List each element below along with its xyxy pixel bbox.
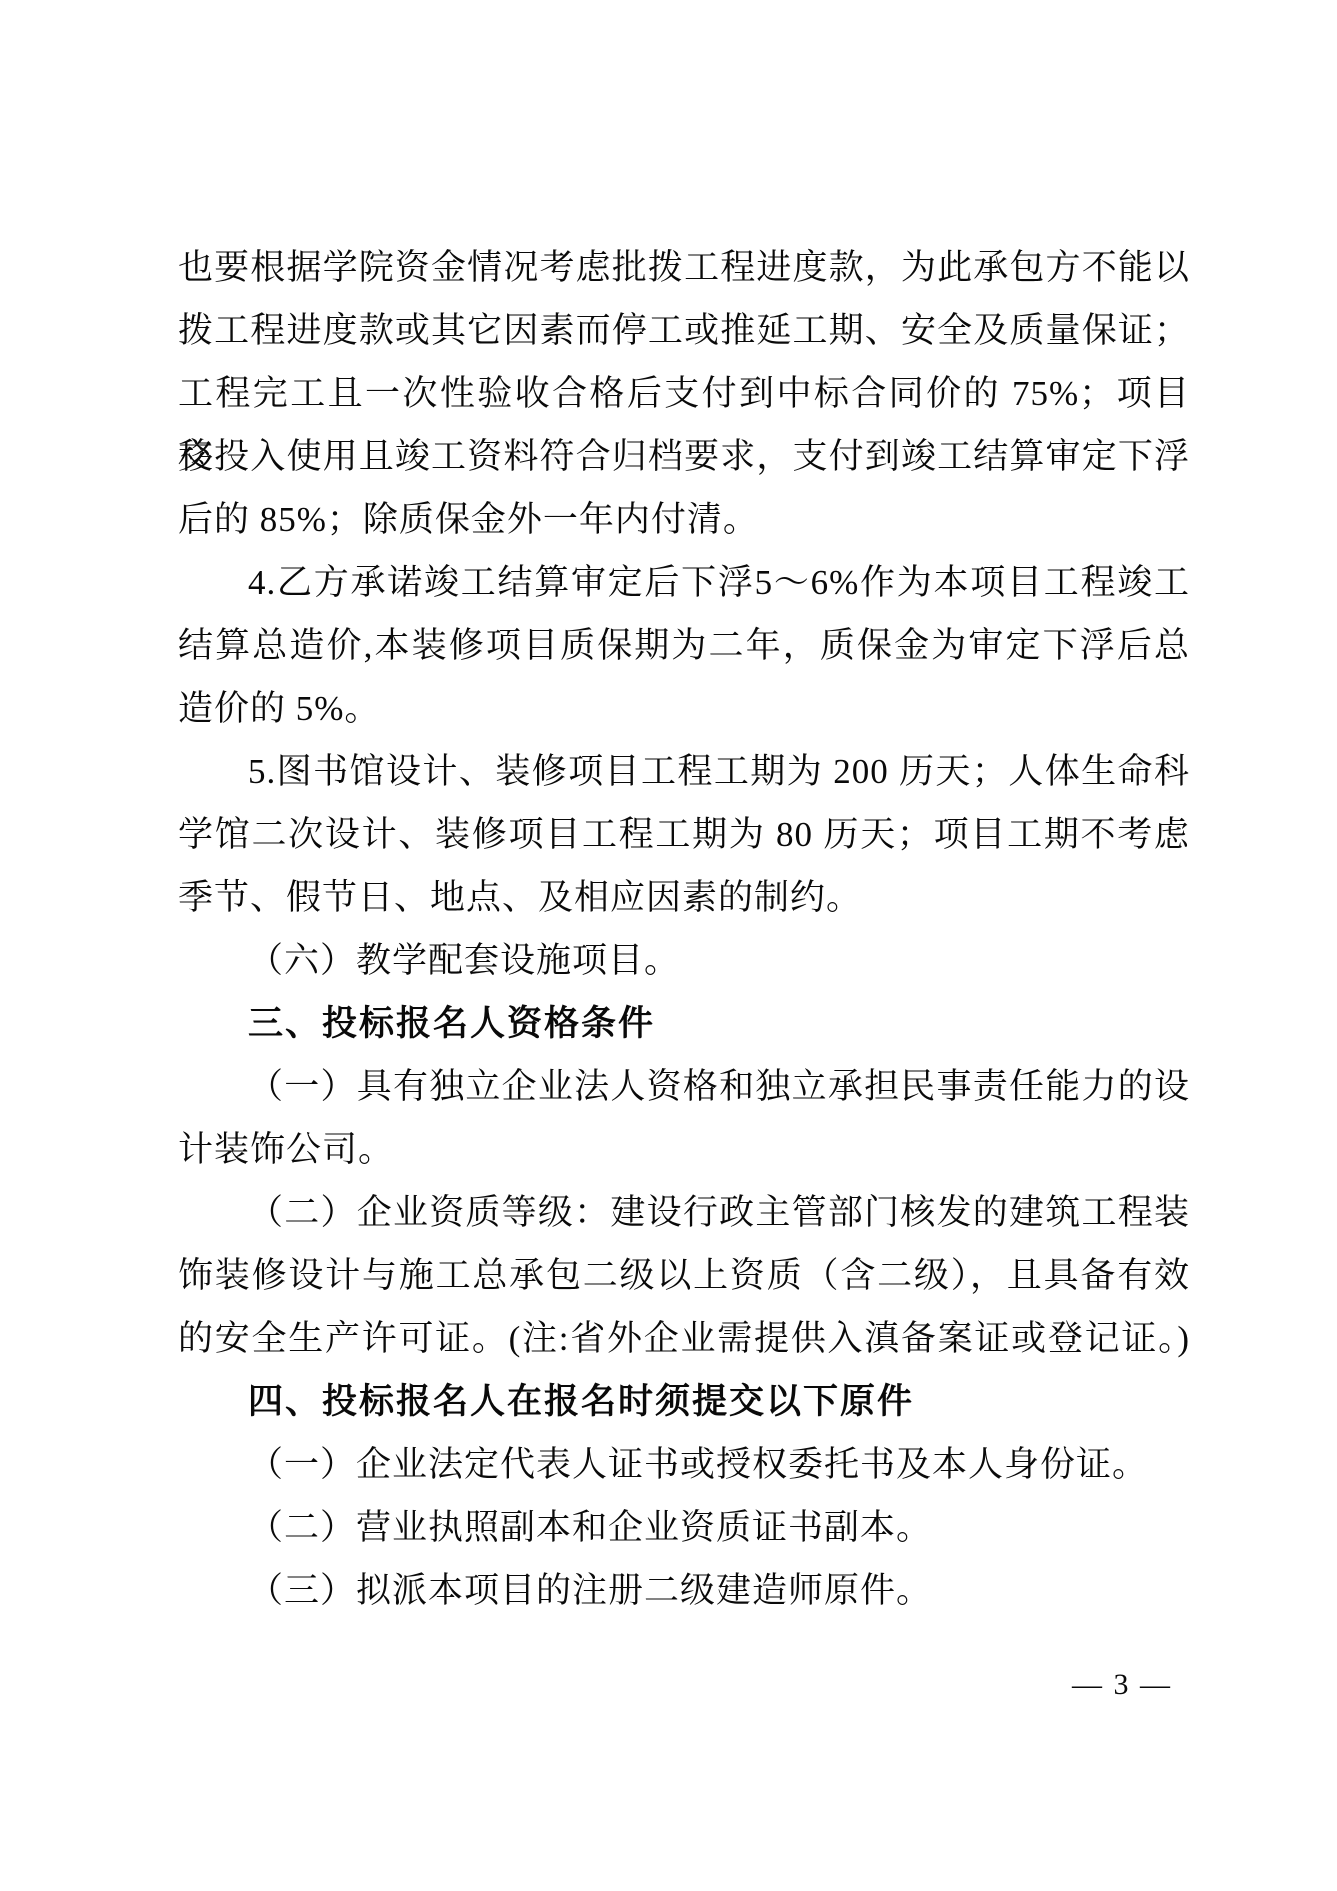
text-line-10: 学馆二次设计、装修项目工程工期为 80 历天；项目工期不考虑 <box>178 803 1190 866</box>
text-line-5: 后的 85%；除质保金外一年内付清。 <box>178 488 1190 551</box>
text-line-15: 计装饰公司。 <box>178 1118 1190 1181</box>
section-heading-4: 四、投标报名人在报名时须提交以下原件 <box>178 1370 1190 1433</box>
text-line-16: （二）企业资质等级：建设行政主管部门核发的建筑工程装 <box>178 1181 1190 1244</box>
text-line-21: （二）营业执照副本和企业资质证书副本。 <box>178 1496 1190 1559</box>
text-line-1: 也要根据学院资金情况考虑批拨工程进度款，为此承包方不能以 <box>178 236 1190 299</box>
page-body: 也要根据学院资金情况考虑批拨工程进度款，为此承包方不能以 拨工程进度款或其它因素… <box>178 236 1190 1622</box>
text-line-14: （一）具有独立企业法人资格和独立承担民事责任能力的设 <box>178 1055 1190 1118</box>
text-line-6: 4.乙方承诺竣工结算审定后下浮5～6%作为本项目工程竣工 <box>178 551 1190 614</box>
text-line-4: 交投入使用且竣工资料符合归档要求，支付到竣工结算审定下浮 <box>178 425 1190 488</box>
text-line-3: 工程完工且一次性验收合格后支付到中标合同价的 75%；项目移 <box>178 362 1190 425</box>
page-number: — 3 — <box>178 1668 1190 1702</box>
text-line-11: 季节、假节日、地点、及相应因素的制约。 <box>178 866 1190 929</box>
document-page: { "doc": { "lines": [ "也要根据学院资金情况考虑批拨工程进… <box>0 0 1337 1891</box>
section-heading-3: 三、投标报名人资格条件 <box>178 992 1190 1055</box>
text-line-18: 的安全生产许可证。(注:省外企业需提供入滇备案证或登记证。) <box>178 1307 1190 1370</box>
text-line-7: 结算总造价,本装修项目质保期为二年，质保金为审定下浮后总 <box>178 614 1190 677</box>
text-line-22: （三）拟派本项目的注册二级建造师原件。 <box>178 1559 1190 1622</box>
text-line-20: （一）企业法定代表人证书或授权委托书及本人身份证。 <box>178 1433 1190 1496</box>
text-line-17: 饰装修设计与施工总承包二级以上资质（含二级），且具备有效 <box>178 1244 1190 1307</box>
text-line-12: （六）教学配套设施项目。 <box>178 929 1190 992</box>
text-line-9: 5.图书馆设计、装修项目工程工期为 200 历天；人体生命科 <box>178 740 1190 803</box>
text-line-8: 造价的 5%。 <box>178 677 1190 740</box>
text-line-2: 拨工程进度款或其它因素而停工或推延工期、安全及质量保证； <box>178 299 1190 362</box>
